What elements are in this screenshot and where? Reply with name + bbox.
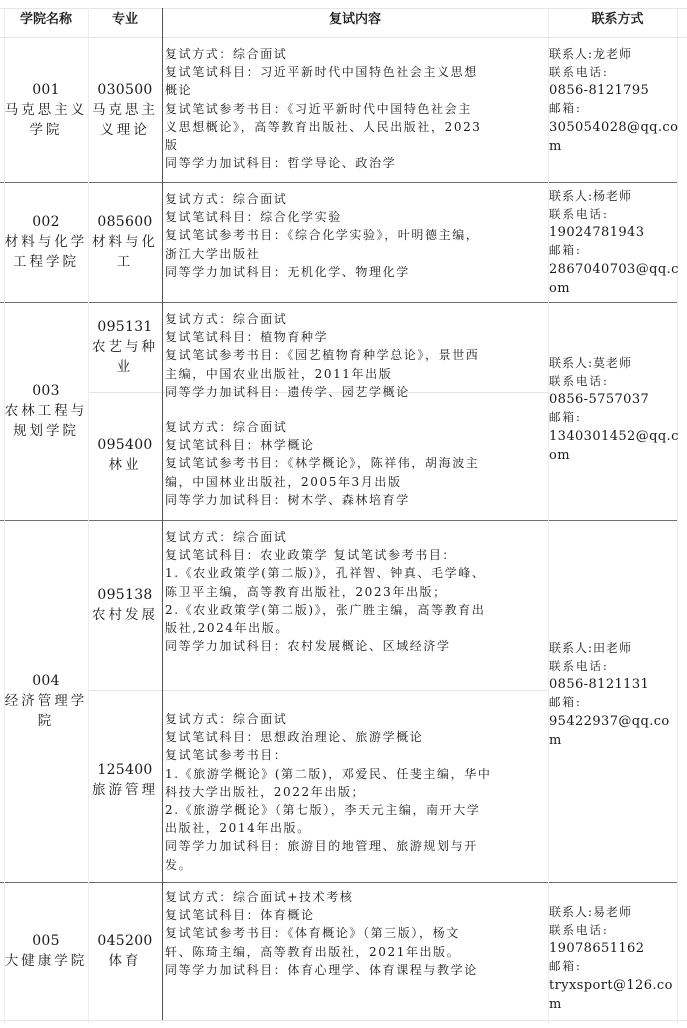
content-line: 复试方式：综合面试: [165, 310, 549, 328]
contact-person: 联系人:杨老师: [549, 188, 685, 206]
major-name: 体育: [109, 951, 142, 971]
major-cell: 095131 农艺与种 业: [88, 302, 162, 392]
college-name: 大健康学院: [5, 951, 88, 971]
major-name: 林业: [109, 455, 142, 475]
major-code: 095400: [97, 435, 152, 455]
major-cell: 125400 旅游管理: [88, 735, 162, 825]
major-name: 义理论: [100, 120, 150, 140]
retest-content: 复试方式：综合面试 复试笔试科目：农业政策学 复试笔试参考书目： 1.《农业政策…: [163, 528, 549, 655]
content-line: 复试方式：综合面试: [165, 45, 549, 63]
email-label: 邮箱:: [549, 409, 685, 427]
email-address[interactable]: 95422937@qq.co: [549, 712, 685, 731]
email-address[interactable]: tryxsport@126.co: [549, 976, 685, 995]
college-name: 工程学院: [13, 252, 79, 272]
major-cell: 030500 马克思主 义理论: [88, 37, 162, 182]
content-line: 轩、陈琦主编，高等教育出版社，2021年出版。: [165, 943, 549, 961]
content-line: 复试笔试科目：林学概论: [165, 436, 549, 454]
email-address[interactable]: 305054028@qq.co: [549, 118, 685, 137]
content-line: 复试笔试科目：植物育种学: [165, 328, 549, 346]
college-name: 经济管理学: [5, 691, 88, 711]
college-code: 001: [32, 80, 60, 100]
content-line: 复试笔试参考书目：《园艺植物育种学总论》，景世西: [165, 346, 549, 364]
phone-number: 19024781943: [549, 223, 685, 242]
college-code: 005: [32, 931, 60, 951]
phone-label: 联系电话:: [549, 64, 685, 82]
retest-content: 复试方式：综合面试 复试笔试科目：综合化学实验 复试笔试参考书目：《综合化学实验…: [163, 190, 549, 281]
content-line: 同等学力加试科目：遗传学、园艺学概论: [165, 383, 549, 401]
college-code: 004: [32, 671, 60, 691]
content-line: 复试笔试科目：思想政治理论、旅游学概论: [165, 728, 549, 746]
content-line: 同等学力加试科目：农村发展概论、区域经济学: [165, 637, 549, 655]
email-label: 邮箱:: [549, 242, 685, 260]
major-name: 旅游管理: [92, 780, 158, 800]
content-line: 复试笔试参考书目：: [165, 746, 549, 764]
subrow-divider: [88, 690, 548, 691]
admissions-retest-table: 学院名称 专业 复试内容 联系方式 001 马克思主义 学院 030500 马克…: [0, 0, 687, 1028]
content-line: 复试笔试参考书目：《习近平新时代中国特色社会主: [165, 100, 549, 118]
email-address-wrap[interactable]: om: [549, 446, 685, 465]
contact-person: 联系人:龙老师: [549, 46, 685, 64]
content-line: 1.《农业政策学(第二版)》，孔祥智、钟真、毛学峰、: [165, 564, 549, 582]
phone-number: 0856-8121131: [549, 675, 685, 694]
content-line: 2.《农业政策学(第二版)》，张广胜主编，高等教育出: [165, 601, 549, 619]
content-line: 复试方式：综合面试: [165, 190, 549, 208]
email-address-wrap[interactable]: m: [549, 731, 685, 750]
college-cell: 002 材料与化学 工程学院: [4, 182, 88, 302]
email-address-wrap[interactable]: m: [549, 137, 685, 156]
retest-content: 复试方式：综合面试 复试笔试科目：林学概论 复试笔试参考书目：《林学概论》，陈祥…: [163, 418, 549, 509]
content-line: 同等学力加试科目：旅游目的地管理、旅游规划与开: [165, 837, 549, 855]
content-line: 同等学力加试科目：树木学、森林培育学: [165, 491, 549, 509]
content-line: 编，中国林业出版社，2005年3月出版: [165, 473, 549, 491]
college-cell: 004 经济管理学 院: [4, 520, 88, 882]
college-name: 规划学院: [13, 421, 79, 441]
major-name: 业: [117, 357, 134, 377]
phone-number: 0856-8121795: [549, 81, 685, 100]
content-line: 概论: [165, 81, 549, 99]
contact-person: 联系人:易老师: [549, 904, 685, 922]
college-code: 003: [32, 381, 60, 401]
email-label: 邮箱:: [549, 100, 685, 118]
college-name: 院: [38, 711, 55, 731]
major-code: 125400: [97, 760, 152, 780]
header-content: 复试内容: [162, 8, 548, 34]
college-name: 农林工程与: [5, 401, 88, 421]
email-label: 邮箱:: [549, 958, 685, 976]
contact-cell: 联系人:龙老师 联系电话: 0856-8121795 邮箱: 305054028…: [549, 46, 685, 156]
retest-content: 复试方式：综合面试 复试笔试科目：习近平新时代中国特色社会主义思想 概论 复试笔…: [163, 45, 549, 172]
phone-label: 联系电话:: [549, 922, 685, 940]
major-name: 材料与化: [92, 232, 158, 252]
content-line: 复试方式：综合面试: [165, 528, 549, 546]
email-address-wrap[interactable]: om: [549, 279, 685, 298]
row-divider: [0, 520, 677, 521]
content-line: 同等学力加试科目：哲学导论、政治学: [165, 154, 549, 172]
content-line: 版: [165, 136, 549, 154]
content-line: 浙江大学出版社: [165, 245, 549, 263]
major-code: 030500: [97, 80, 152, 100]
major-name: 农村发展: [92, 605, 158, 625]
college-cell: 003 农林工程与 规划学院: [4, 302, 88, 520]
content-line: 复试笔试科目：习近平新时代中国特色社会主义思想: [165, 63, 549, 81]
phone-number: 19078651162: [549, 939, 685, 958]
content-line: 复试笔试科目：综合化学实验: [165, 208, 549, 226]
content-line: 同等学力加试科目：无机化学、物理化学: [165, 263, 549, 281]
content-line: 复试笔试参考书目：《体育概论》（第三版），杨文: [165, 924, 549, 942]
col-border: [677, 8, 678, 1023]
college-name: 材料与化学: [5, 232, 88, 252]
header-college: 学院名称: [4, 8, 88, 34]
retest-content: 复试方式：综合面试 复试笔试科目：思想政治理论、旅游学概论 复试笔试参考书目： …: [163, 710, 549, 874]
college-code: 002: [32, 212, 60, 232]
content-line: 义思想概论》，高等教育出版社、人民出版社，2023: [165, 118, 549, 136]
major-name: 工: [117, 252, 134, 272]
major-code: 095131: [97, 317, 152, 337]
email-address[interactable]: 1340301452@qq.c: [549, 427, 685, 446]
contact-person: 联系人:莫老师: [549, 355, 685, 373]
header-major: 专业: [88, 8, 162, 34]
contact-cell: 联系人:莫老师 联系电话: 0856-5757037 邮箱: 134030145…: [549, 355, 685, 465]
content-line: 陈卫平主编，高等教育出版社，2023年出版；: [165, 583, 549, 601]
content-line: 主编，中国农业出版社，2011年出版: [165, 365, 549, 383]
email-address-wrap[interactable]: m: [549, 995, 685, 1014]
major-name: 农艺与种: [92, 337, 158, 357]
content-line: 同等学力加试科目：体育心理学、体育课程与教学论: [165, 961, 549, 979]
content-line: 出版社，2014年出版。: [165, 819, 549, 837]
major-code: 085600: [97, 212, 152, 232]
content-line: 科技大学出版社，2022年出版；: [165, 783, 549, 801]
content-line: 复试笔试科目：农业政策学 复试笔试参考书目：: [165, 546, 549, 564]
table-bottom-border: [0, 1020, 687, 1021]
content-line: 复试方式：综合面试: [165, 710, 549, 728]
college-name: 学院: [30, 120, 63, 140]
content-line: 发。: [165, 856, 549, 874]
major-code: 095138: [97, 585, 152, 605]
contact-cell: 联系人:杨老师 联系电话: 19024781943 邮箱: 2867040703…: [549, 188, 685, 298]
college-cell: 001 马克思主义 学院: [4, 37, 88, 182]
content-line: 2.《旅游学概论》（第七版），李天元主编，南开大学: [165, 801, 549, 819]
college-name: 马克思主义: [5, 100, 88, 120]
phone-label: 联系电话:: [549, 658, 685, 676]
content-line: 复试方式：综合面试: [165, 418, 549, 436]
major-cell: 095138 农村发展: [88, 560, 162, 650]
major-name: 马克思主: [92, 100, 158, 120]
header-contact: 联系方式: [548, 8, 687, 34]
contact-cell: 联系人:田老师 联系电话: 0856-8121131 邮箱: 95422937@…: [549, 640, 685, 750]
contact-person: 联系人:田老师: [549, 640, 685, 658]
phone-number: 0856-5757037: [549, 390, 685, 409]
content-line: 版社,2024年出版。: [165, 619, 549, 637]
email-address[interactable]: 2867040703@qq.c: [549, 260, 685, 279]
content-line: 复试笔试参考书目：《林学概论》，陈祥伟，胡海波主: [165, 454, 549, 472]
retest-content: 复试方式：综合面试 复试笔试科目：植物育种学 复试笔试参考书目：《园艺植物育种学…: [163, 310, 549, 401]
contact-cell: 联系人:易老师 联系电话: 19078651162 邮箱: tryxsport@…: [549, 904, 685, 1014]
major-cell: 095400 林业: [88, 420, 162, 490]
major-cell: 045200 体育: [88, 882, 162, 1020]
college-cell: 005 大健康学院: [4, 882, 88, 1020]
phone-label: 联系电话:: [549, 373, 685, 391]
major-code: 045200: [97, 931, 152, 951]
phone-label: 联系电话:: [549, 206, 685, 224]
content-line: 复试方式：综合面试+技术考核: [165, 888, 549, 906]
content-line: 复试笔试科目：体育概论: [165, 906, 549, 924]
retest-content: 复试方式：综合面试+技术考核 复试笔试科目：体育概论 复试笔试参考书目：《体育概…: [163, 888, 549, 979]
major-cell: 085600 材料与化 工: [88, 182, 162, 302]
content-line: 复试笔试参考书目：《综合化学实验》，叶明德主编，: [165, 226, 549, 244]
content-line: 1.《旅游学概论》(第二版)，邓爱民、任斐主编，华中: [165, 765, 549, 783]
email-label: 邮箱:: [549, 694, 685, 712]
